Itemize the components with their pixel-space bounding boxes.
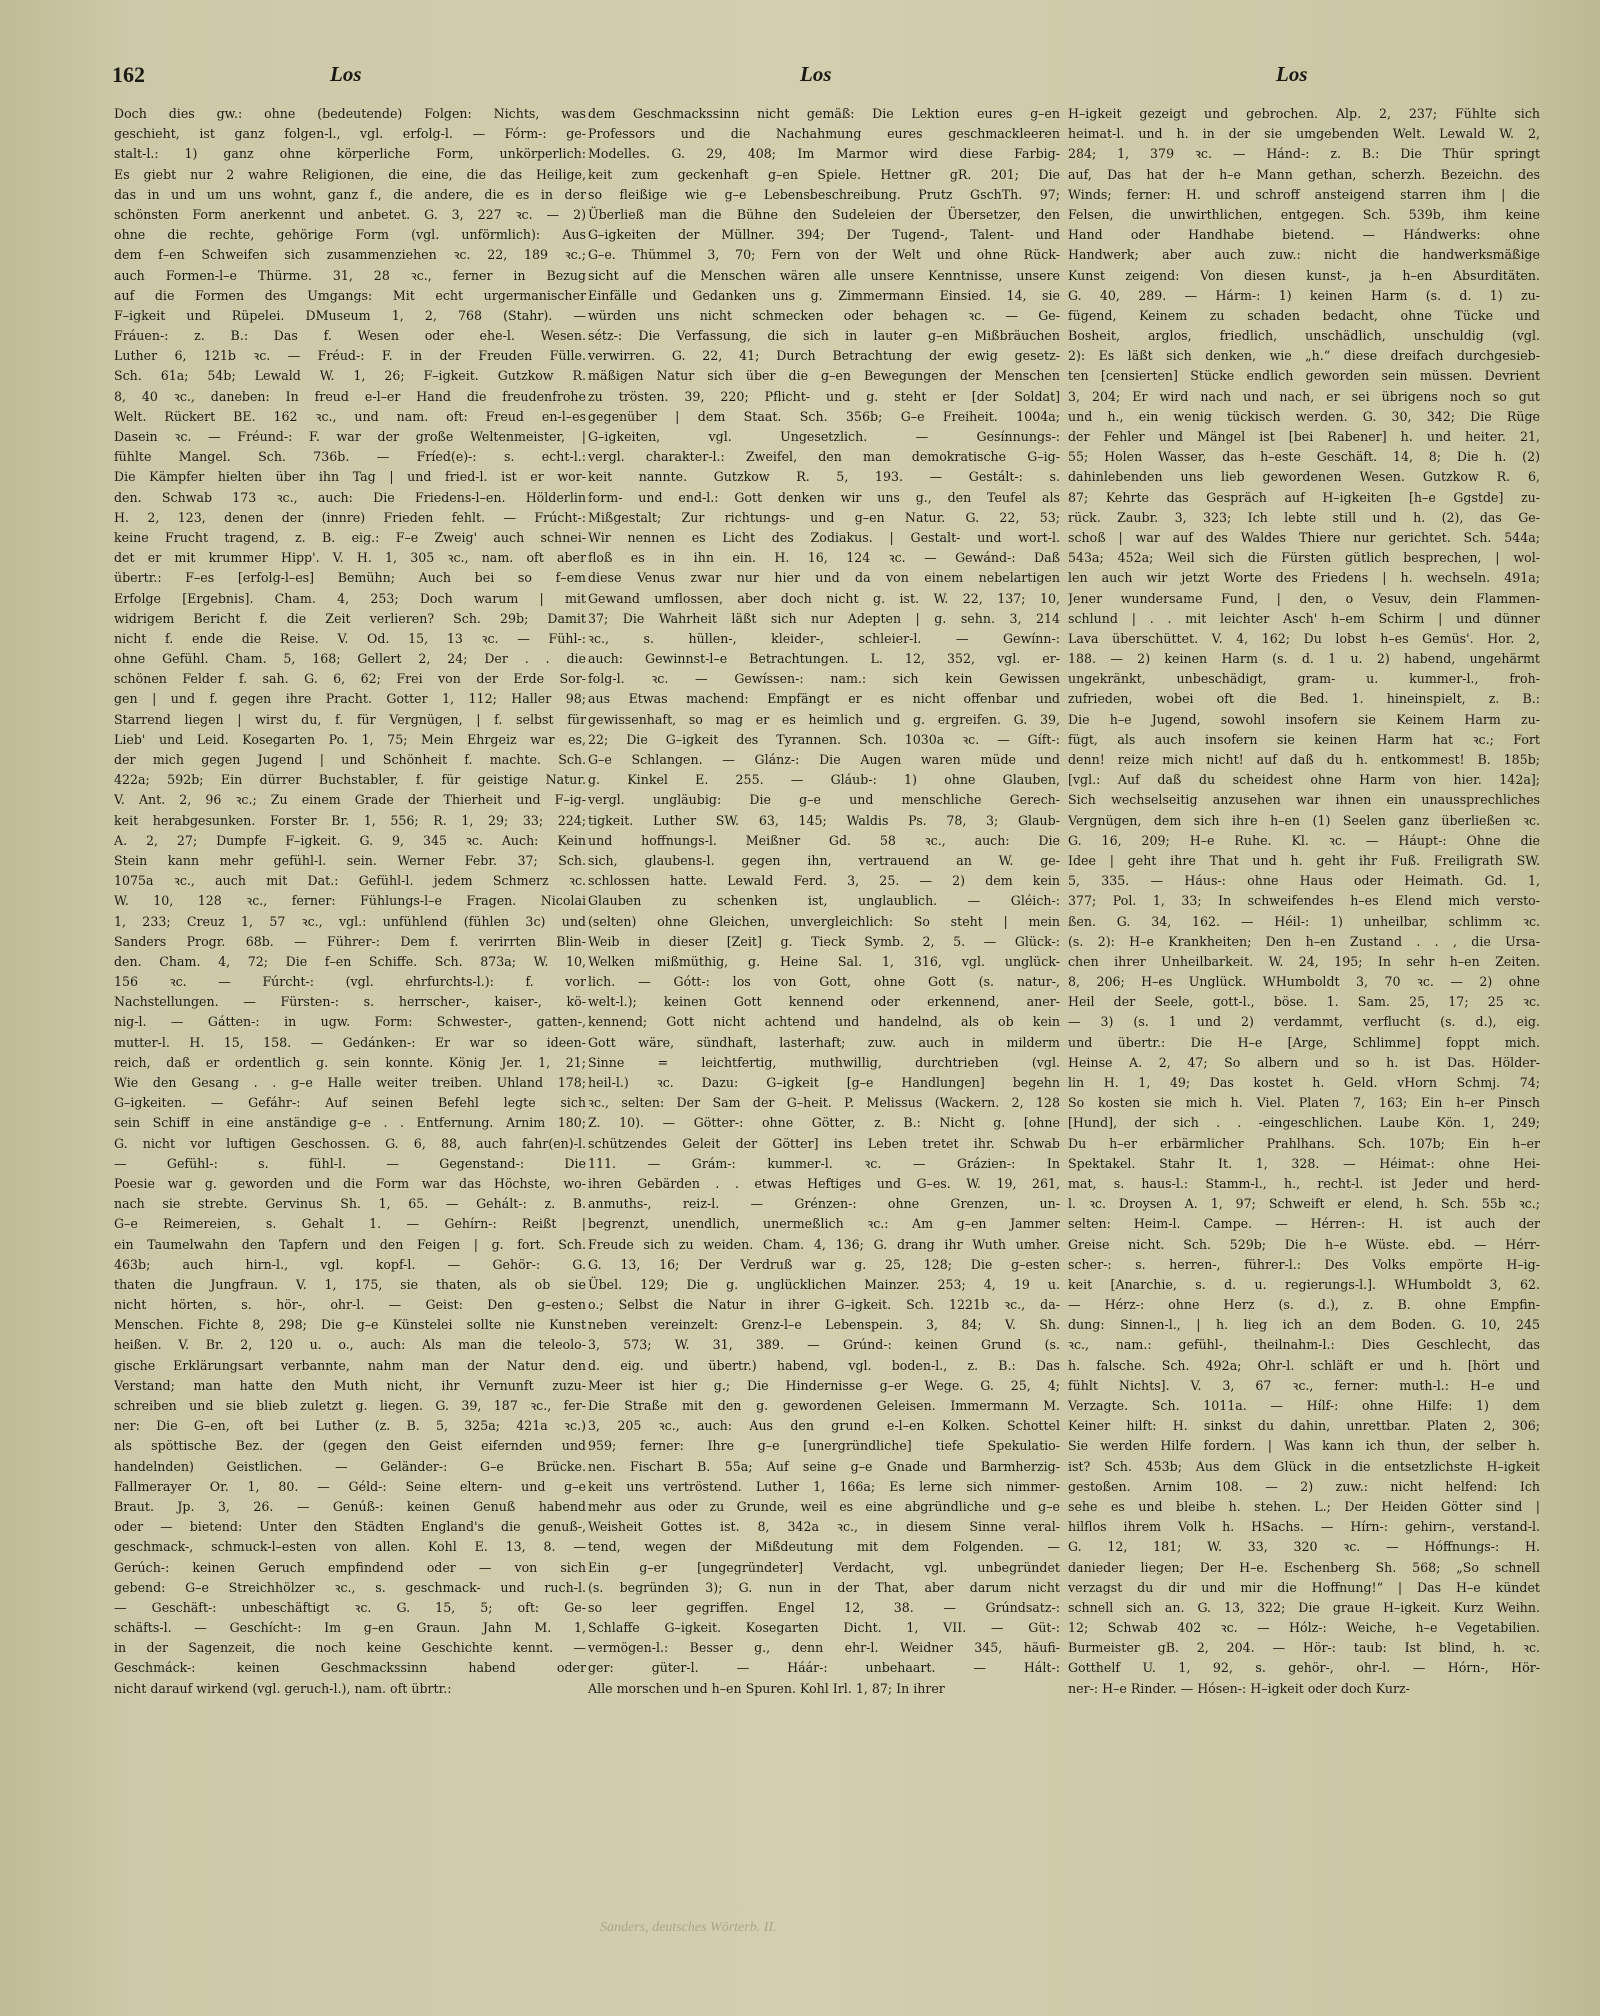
text-line: Überließ man die Bühne den Sudeleien der… xyxy=(588,205,1060,225)
page-number: 162 xyxy=(112,62,145,88)
text-line: anmuths-, reiz-l. — Grénzen-: ohne Grenz… xyxy=(588,1194,1060,1214)
text-line: Welken mißmüthig, g. Heine Sal. 1, 316, … xyxy=(588,952,1060,972)
text-line: 8, 40 ꝛc., daneben: In freud e-l–er Hand… xyxy=(114,387,586,407)
text-line: — Hérz-: ohne Herz (s. d.), z. B. ohne E… xyxy=(1068,1295,1540,1315)
text-line: mutter-l. H. 15, 158. — Gedánken-: Er wa… xyxy=(114,1033,586,1053)
text-line: 55; Holen Wasser, das h–este Geschäft. 1… xyxy=(1068,447,1540,467)
text-line: 1075a ꝛc., auch mit Dat.: Gefühl-l. jede… xyxy=(114,871,586,891)
text-line: [Hund], der sich . . -eingeschlichen. La… xyxy=(1068,1113,1540,1133)
text-line: keit zum geckenhaft g–en Spiele. Hettner… xyxy=(588,165,1060,185)
text-line: vergl. ungläubig: Die g–e und menschlich… xyxy=(588,790,1060,810)
text-line: 959; ferner: Ihre g–e [unergründliche] t… xyxy=(588,1436,1060,1456)
text-line: Welt. Rückert BE. 162 ꝛc., und nam. oft:… xyxy=(114,407,586,427)
text-line: dahinlebenden uns lieb gewordenen Wesen.… xyxy=(1068,467,1540,487)
text-line: keit [Anarchie, s. d. u. regierungs-l.].… xyxy=(1068,1275,1540,1295)
text-line: H. 2, 123, denen der (innre) Frieden feh… xyxy=(114,508,586,528)
text-line: geschmack-, schmuck-l–esten von allen. K… xyxy=(114,1537,586,1557)
text-line: 2): Es läßt sich denken, wie „h.“ diese … xyxy=(1068,346,1540,366)
text-line: diese Venus zwar nur hier und da von ein… xyxy=(588,568,1060,588)
text-line: sicht auf die Menschen wären alle unsere… xyxy=(588,266,1060,286)
text-line: so fleißige wie g–e Lebensbeschreibung. … xyxy=(588,185,1060,205)
text-line: gewissenhaft, so mag er es heimlich und … xyxy=(588,710,1060,730)
text-line: Schlaffe G–igkeit. Kosegarten Dicht. 1, … xyxy=(588,1618,1060,1638)
text-line: ohne Gefühl. Cham. 5, 168; Gellert 2, 24… xyxy=(114,649,586,669)
text-line: Gotthelf U. 1, 92, s. gehör-, ohr-l. — H… xyxy=(1068,1658,1540,1678)
text-line: Glauben zu schenken ist, unglaublich. — … xyxy=(588,891,1060,911)
text-line: Die h–e Jugend, sowohl insofern sie Kein… xyxy=(1068,710,1540,730)
text-line: keit herabgesunken. Forster Br. 1, 556; … xyxy=(114,811,586,831)
text-line: aus Etwas machend: Empfängt er es nicht … xyxy=(588,689,1060,709)
text-line: W. 10, 128 ꝛc., ferner: Fühlungs-l–e Fra… xyxy=(114,891,586,911)
text-line: neben vereinzelt: Grenz-l–e Lebenspein. … xyxy=(588,1315,1060,1335)
text-line: stalt-l.: 1) ganz ohne körperliche Form,… xyxy=(114,144,586,164)
text-line: Du h–er erbärmlicher Prahlhans. Sch. 107… xyxy=(1068,1134,1540,1154)
text-line: ein Taumelwahn den Tapfern und den Feige… xyxy=(114,1235,586,1255)
text-line: chen ihrer Unheilbarkeit. W. 24, 195; In… xyxy=(1068,952,1540,972)
text-line: gen | und f. gegen ihre Pracht. Gotter 1… xyxy=(114,689,586,709)
text-line: Weisheit Gottes ist. 8, 342a ꝛc., in die… xyxy=(588,1517,1060,1537)
text-line: der Fehler und Mängel ist [bei Rabener] … xyxy=(1068,427,1540,447)
text-line: Übel. 129; Die g. unglücklichen Mainzer.… xyxy=(588,1275,1060,1295)
text-line: Poesie war g. geworden und die Form war … xyxy=(114,1174,586,1194)
text-line: der mich gegen Jugend | und Schönheit f.… xyxy=(114,750,586,770)
text-line: Menschen. Fichte 8, 298; Die g–e Künstel… xyxy=(114,1315,586,1335)
text-line: vermögen-l.: Besser g., denn ehr-l. Weid… xyxy=(588,1638,1060,1658)
text-line: Winds; ferner: H. und schroff ansteigend… xyxy=(1068,185,1540,205)
text-line: widrigem Bericht f. die Zeit verlieren? … xyxy=(114,609,586,629)
text-line: mehr aus oder zu Grunde, weil es eine ab… xyxy=(588,1497,1060,1517)
text-line: Modelles. G. 29, 408; Im Marmor wird die… xyxy=(588,144,1060,164)
text-line: 284; 1, 379 ꝛc. — Hánd-: z. B.: Die Thür… xyxy=(1068,144,1540,164)
text-line: ihren Gebärden . . etwas Heftiges und G–… xyxy=(588,1174,1060,1194)
running-head-right: Los xyxy=(1276,62,1308,87)
text-line: Wie den Gesang . . g–e Halle weiter trei… xyxy=(114,1073,586,1093)
text-line: Sinne = leichtfertig, muthwillig, durcht… xyxy=(588,1053,1060,1073)
text-line: gestoßen. Arnim 108. — 2) zuw.: nicht he… xyxy=(1068,1477,1540,1497)
text-line: tigkeit. Luther SW. 63, 145; Waldis Ps. … xyxy=(588,811,1060,831)
text-line: Gott wäre, sündhaft, lasterhaft; zuw. au… xyxy=(588,1033,1060,1053)
text-line: fühlte Mangel. Sch. 736b. — Fríed(e)-: s… xyxy=(114,447,586,467)
text-line: verzagst du dir und mir die Hoffnung!“ |… xyxy=(1068,1578,1540,1598)
text-line: rück. Zaubr. 3, 323; Ich lebte still und… xyxy=(1068,508,1540,528)
text-line: dem Geschmackssinn nicht gemäß: Die Lekt… xyxy=(588,104,1060,124)
text-line: Vergnügen, dem sich ihre h–en (1) Seelen… xyxy=(1068,811,1540,831)
text-line: Heinse A. 2, 47; So albern und so h. ist… xyxy=(1068,1053,1540,1073)
text-line: Sanders Progr. 68b. — Führer-: Dem f. ve… xyxy=(114,932,586,952)
text-line: Sich wechselseitig anzusehen war ihnen e… xyxy=(1068,790,1540,810)
text-line: Spektakel. Stahr It. 1, 328. — Héimat-: … xyxy=(1068,1154,1540,1174)
text-line: det er mit krummer Hipp'. V. H. 1, 305 ꝛ… xyxy=(114,548,586,568)
text-line: Meer ist hier g.; Die Hindernisse g–er W… xyxy=(588,1376,1060,1396)
text-line: auf die Formen des Umgangs: Mit echt urg… xyxy=(114,286,586,306)
text-line: 87; Kehrte das Gespräch auf H–igkeiten [… xyxy=(1068,488,1540,508)
text-line: den. Cham. 4, 72; Die f–en Schiffe. Sch.… xyxy=(114,952,586,972)
text-line: welt-l.); keinen Gott kennend oder erken… xyxy=(588,992,1060,1012)
text-line: [vgl.: Auf daß du scheidest ohne Harm vo… xyxy=(1068,770,1540,790)
text-line: Braut. Jp. 3, 26. — Genúß-: keinen Genuß… xyxy=(114,1497,586,1517)
text-line: keine Frucht tragend, z. B. eig.: F–e Zw… xyxy=(114,528,586,548)
text-line: 3, 205 ꝛc., auch: Aus den grund e-l–en K… xyxy=(588,1416,1060,1436)
text-line: G–igkeiten, vgl. Ungesetzlich. — Gesínnu… xyxy=(588,427,1060,447)
text-line: Mißgestalt; Zur richtungs- und g–en Natu… xyxy=(588,508,1060,528)
text-line: ohne die rechte, gehörige Form (vgl. unf… xyxy=(114,225,586,245)
text-line: Fallmerayer Or. 1, 80. — Géld-: Seine el… xyxy=(114,1477,586,1497)
text-line: danieder liegen; Der H–e. Eschenberg Sh.… xyxy=(1068,1558,1540,1578)
text-line: Hand oder Handhabe bietend. — Hándwerks:… xyxy=(1068,225,1540,245)
text-line: Starrend liegen | wirst du, f. für Vergn… xyxy=(114,710,586,730)
text-line: thaten die Jungfraun. V. 1, 175, sie tha… xyxy=(114,1275,586,1295)
text-line: nig-l. — Gátten-: in ugw. Form: Schweste… xyxy=(114,1012,586,1032)
text-line: verwirren. G. 22, 41; Durch Betrachtung … xyxy=(588,346,1060,366)
text-line: lin H. 1, 49; Das kostet h. Geld. vHorn … xyxy=(1068,1073,1540,1093)
text-line: V. Ant. 2, 96 ꝛc.; Zu einem Grade der Th… xyxy=(114,790,586,810)
text-line: sich, glaubens-l. gegen ihn, vertrauend … xyxy=(588,851,1060,871)
text-line: 22; Die G–igkeit des Tyrannen. Sch. 1030… xyxy=(588,730,1060,750)
text-line: Keiner hilft: H. sinkst du dahin, unrett… xyxy=(1068,1416,1540,1436)
text-line: begrenzt, unendlich, unermeßlich ꝛc.: Am… xyxy=(588,1214,1060,1234)
text-line: Jener wundersame Fund, | den, o Vesuv, d… xyxy=(1068,589,1540,609)
text-line: G–e. Thümmel 3, 70; Fern von der Welt un… xyxy=(588,245,1060,265)
text-line: — Geschäft-: unbeschäftigt ꝛc. G. 15, 5;… xyxy=(114,1598,586,1618)
text-line: Freude sich zu weiden. Cham. 4, 136; G. … xyxy=(588,1235,1060,1255)
text-line: G–e Reimereien, s. Gehalt 1. — Gehírn-: … xyxy=(114,1214,586,1234)
text-line: Greise nicht. Sch. 529b; Die h–e Wüste. … xyxy=(1068,1235,1540,1255)
text-line: sétz-: Die Verfassung, die sich in laute… xyxy=(588,326,1060,346)
text-line: reich, daß er ordentlich g. sein konnte.… xyxy=(114,1053,586,1073)
running-head-center: Los xyxy=(800,62,832,87)
footer-signature: Sanders, deutsches Wörterb. II. xyxy=(600,1920,777,1936)
text-line: schnell sich an. G. 13, 322; Die graue H… xyxy=(1068,1598,1540,1618)
text-line: zu trösten. 39, 220; Pflicht- und g. ste… xyxy=(588,387,1060,407)
text-line: Sie werden Hilfe fordern. | Was kann ich… xyxy=(1068,1436,1540,1456)
text-line: keit nannte. Gutzkow R. 5, 193. — Gestál… xyxy=(588,467,1060,487)
text-line: heißen. V. Br. 2, 120 u. o., auch: Als m… xyxy=(114,1335,586,1355)
text-line: — 3) (s. 1 und 2) verdammt, verflucht (s… xyxy=(1068,1012,1540,1032)
text-line: folg-l. ꝛc. — Gewíssen-: nam.: sich kein… xyxy=(588,669,1060,689)
text-line: nicht f. ende die Reise. V. Od. 15, 13 ꝛ… xyxy=(114,629,586,649)
text-line: G–igkeiten der Müllner. 394; Der Tugend-… xyxy=(588,225,1060,245)
text-line: Nachstellungen. — Fürsten-: s. herrscher… xyxy=(114,992,586,1012)
text-line: Lieb' und Leid. Kosegarten Po. 1, 75; Me… xyxy=(114,730,586,750)
text-line: Doch dies gw.: ohne (bedeutende) Folgen:… xyxy=(114,104,586,124)
text-line: lich. — Gótt-: los von Gott, ohne Gott (… xyxy=(588,972,1060,992)
text-line: Die Straße mit den g. gewordenen Geleise… xyxy=(588,1396,1060,1416)
text-line: G–e Schlangen. — Glánz-: Die Augen waren… xyxy=(588,750,1060,770)
text-line: Sch. 61a; 54b; Lewald W. 1, 26; F–igkeit… xyxy=(114,366,586,386)
text-line: Alle morschen und h–en Spuren. Kohl Irl.… xyxy=(588,1679,1060,1699)
text-line: Luther 6, 121b ꝛc. — Fréud-: F. in der F… xyxy=(114,346,586,366)
text-line: Wir nennen es Licht des Zodiakus. | Gest… xyxy=(588,528,1060,548)
text-line: handelnden) Geistlichen. — Geländer-: G–… xyxy=(114,1457,586,1477)
text-line: 5, 335. — Háus-: ohne Haus oder Heimath.… xyxy=(1068,871,1540,891)
text-line: ungekränkt, unbeschädigt, gram- u. kumme… xyxy=(1068,669,1540,689)
text-line: G. 13, 16; Der Verdruß war g. 25, 128; D… xyxy=(588,1255,1060,1275)
text-line: Verzagte. Sch. 1011a. — Hílf-: ohne Hilf… xyxy=(1068,1396,1540,1416)
text-line: sehe es und bleibe h. stehen. L.; Der He… xyxy=(1068,1497,1540,1517)
text-line: schoß | war auf des Waldes Thiere nur ge… xyxy=(1068,528,1540,548)
text-line: F–igkeit und Rüpelei. DMuseum 1, 2, 768 … xyxy=(114,306,586,326)
text-line: H–igkeit gezeigt und gebrochen. Alp. 2, … xyxy=(1068,104,1540,124)
text-line: Die Kämpfer hielten über ihn Tag | und f… xyxy=(114,467,586,487)
text-line: gische Erklärungsart verbannte, nahm man… xyxy=(114,1356,586,1376)
text-line: fügend, Keinem zu schaden bedacht, ohne … xyxy=(1068,306,1540,326)
text-line: G. nicht vor luftigen Geschossen. G. 6, … xyxy=(114,1134,586,1154)
text-line: Dasein ꝛc. — Fréund-: F. war der große W… xyxy=(114,427,586,447)
text-line: schäfts-l. — Geschícht-: Im g–en Graun. … xyxy=(114,1618,586,1638)
text-line: zufrieden, wobei oft die Bed. 1. hineins… xyxy=(1068,689,1540,709)
text-line: Es giebt nur 2 wahre Religionen, die ein… xyxy=(114,165,586,185)
text-line: ꝛc., nam.: gefühl-, theilnahm-l.: Dies G… xyxy=(1068,1335,1540,1355)
running-head-left: Los xyxy=(330,62,362,87)
text-line: A. 2, 27; Dumpfe F–igkeit. G. 9, 345 ꝛc.… xyxy=(114,831,586,851)
text-line: ten [censierten] Stücke endlich geworden… xyxy=(1068,366,1540,386)
text-line: form- und end-l.: Gott denken wir uns g.… xyxy=(588,488,1060,508)
text-line: 377; Pol. 1, 33; In schweifendes h–es El… xyxy=(1068,891,1540,911)
text-line: g. Kinkel E. 255. — Gláub-: 1) ohne Glau… xyxy=(588,770,1060,790)
text-line: den. Schwab 173 ꝛc., auch: Die Friedens-… xyxy=(114,488,586,508)
text-line: übertr.: F–es [erfolg-l–es] Bemühn; Auch… xyxy=(114,568,586,588)
dictionary-page: 162 Los Los Los Doch dies gw.: ohne (bed… xyxy=(0,0,1600,2016)
text-line: 188. — 2) keinen Harm (s. d. 1 u. 2) hab… xyxy=(1068,649,1540,669)
text-line: 3, 204; Er wird nach und nach, er sei üb… xyxy=(1068,387,1540,407)
text-line: fügt, als auch insofern sie keinen Harm … xyxy=(1068,730,1540,750)
text-line: Heil der Seele, gott-l., böse. 1. Sam. 2… xyxy=(1068,992,1540,1012)
text-line: als spöttische Bez. der (gegen den Geist… xyxy=(114,1436,586,1456)
text-line: 111. — Grám-: kummer-l. ꝛc. — Grázien-: … xyxy=(588,1154,1060,1174)
text-line: Verstand; man hatte den Muth nicht, ihr … xyxy=(114,1376,586,1396)
text-line: hilflos ihrem Volk h. HSachs. — Hírn-: g… xyxy=(1068,1517,1540,1537)
text-line: Idee | geht ihre That und h. geht ihr Fu… xyxy=(1068,851,1540,871)
text-line: selten: Heim-l. Campe. — Hérren-: H. ist… xyxy=(1068,1214,1540,1234)
text-line: 156 ꝛc. — Fúrcht-: (vgl. ehrfurchts-l.):… xyxy=(114,972,586,992)
text-line: Kunst zeigend: Von diesen kunst-, ja h–e… xyxy=(1068,266,1540,286)
text-line: auf, Das hat der h–e Mann gethan, scherz… xyxy=(1068,165,1540,185)
text-line: — Gefühl-: s. fühl-l. — Gegenstand-: Die xyxy=(114,1154,586,1174)
text-line: schönsten Form anerkennt und anbetet. G.… xyxy=(114,205,586,225)
text-line: Stein kann mehr gefühl-l. sein. Werner F… xyxy=(114,851,586,871)
text-line: Fráuen-: z. B.: Das f. Wesen oder ehe-l.… xyxy=(114,326,586,346)
text-line: Bosheit, arglos, friedlich, unschädlich,… xyxy=(1068,326,1540,346)
text-line: len auch wir jetzt Worte des Friedens | … xyxy=(1068,568,1540,588)
text-line: h. falsche. Sch. 492a; Ohr-l. schläft er… xyxy=(1068,1356,1540,1376)
text-line: ꝛc., s. hüllen-, kleider-, schleier-l. —… xyxy=(588,629,1060,649)
text-line: 422a; 592b; Ein dürrer Buchstabler, f. f… xyxy=(114,770,586,790)
text-line: schlund | . . mit leichter Asch' h–em Sc… xyxy=(1068,609,1540,629)
text-line: floß es in ihn ein. H. 16, 124 ꝛc. — Gew… xyxy=(588,548,1060,568)
text-line: und hoffnungs-l. Meißner Gd. 58 ꝛc., auc… xyxy=(588,831,1060,851)
text-line: 543a; 452a; Weil sich die Fürsten gütlic… xyxy=(1068,548,1540,568)
text-line: (selten) ohne Gleichen, unvergleichlich:… xyxy=(588,912,1060,932)
text-line: auch: Gewinnst-l–e Betrachtungen. L. 12,… xyxy=(588,649,1060,669)
text-line: ist? Sch. 453b; Aus dem Glück in die ent… xyxy=(1068,1457,1540,1477)
text-line: mäßigen Natur sich über die g–en Bewegun… xyxy=(588,366,1060,386)
text-line: gegenüber | dem Staat. Sch. 356b; G–e Fr… xyxy=(588,407,1060,427)
text-line: tend, wegen der Mißdeutung mit dem Folge… xyxy=(588,1537,1060,1557)
text-line: ner: Die G–en, oft bei Luther (z. B. 5, … xyxy=(114,1416,586,1436)
text-line: Burmeister gB. 2, 204. — Hör-: taub: Ist… xyxy=(1068,1638,1540,1658)
text-line: sein Schiff in eine anständige g–e . . E… xyxy=(114,1113,586,1133)
text-line: nen. Fischart B. 55a; Auf seine g–e Gnad… xyxy=(588,1457,1060,1477)
text-line: Felsen, die unwirthlichen, entgegen. Sch… xyxy=(1068,205,1540,225)
text-line: o.; Selbst die Natur in ihrer G–igkeit. … xyxy=(588,1295,1060,1315)
text-line: gebend: G–e Streichhölzer ꝛc., s. geschm… xyxy=(114,1578,586,1598)
text-line: ßen. G. 34, 162. — Héil-: 1) unheilbar, … xyxy=(1068,912,1540,932)
text-line: G. 40, 289. — Hárm-: 1) keinen Harm (s. … xyxy=(1068,286,1540,306)
text-line: Weib in dieser [Zeit] g. Tieck Symb. 2, … xyxy=(588,932,1060,952)
text-line: schlossen hatte. Lewald Ferd. 3, 25. — 2… xyxy=(588,871,1060,891)
page-header: 162 Los Los Los xyxy=(0,62,1600,96)
text-line: 8, 206; H–es Unglück. WHumboldt 3, 70 ꝛc… xyxy=(1068,972,1540,992)
text-line: G. 16, 209; H–e Ruhe. Kl. ꝛc. — Háupt-: … xyxy=(1068,831,1540,851)
text-line: (s. begründen 3); G. nun in der That, ab… xyxy=(588,1578,1060,1598)
column-2: dem Geschmackssinn nicht gemäß: Die Lekt… xyxy=(588,104,1060,1699)
text-line: das in und um uns wohnt, ganz f., die an… xyxy=(114,185,586,205)
text-line: 1, 233; Creuz 1, 57 ꝛc., vgl.: unfühlend… xyxy=(114,912,586,932)
text-line: heimat-l. und h. in der sie umgebenden W… xyxy=(1068,124,1540,144)
text-line: G. 12, 181; W. 33, 320 ꝛc. — Hóffnungs-:… xyxy=(1068,1537,1540,1557)
text-line: G–igkeiten. — Gefáhr-: Auf seinen Befehl… xyxy=(114,1093,586,1113)
text-line: Gerúch-: keinen Geruch empfindend oder —… xyxy=(114,1558,586,1578)
text-line: und h., ein wenig tückisch werden. G. 30… xyxy=(1068,407,1540,427)
column-3: H–igkeit gezeigt und gebrochen. Alp. 2, … xyxy=(1068,104,1540,1699)
text-line: würden uns nicht schmecken oder behagen … xyxy=(588,306,1060,326)
text-line: 37; Die Wahrheit läßt sich nur Adepten |… xyxy=(588,609,1060,629)
text-line: kennend; Gott nicht achtend und handelnd… xyxy=(588,1012,1060,1032)
text-line: nicht darauf wirkend (vgl. geruch-l.), n… xyxy=(114,1679,586,1699)
text-line: vergl. charakter-l.: Zweifel, den man de… xyxy=(588,447,1060,467)
text-line: scher-: s. herren-, führer-l.: Des Volks… xyxy=(1068,1255,1540,1275)
text-line: d. eig. und übertr.) habend, vgl. boden-… xyxy=(588,1356,1060,1376)
text-line: schützendes Geleit der Götter] ins Leben… xyxy=(588,1134,1060,1154)
text-line: nicht hörten, s. hör-, ohr-l. — Geist: D… xyxy=(114,1295,586,1315)
text-line: oder — bietend: Unter den Städten Englan… xyxy=(114,1517,586,1537)
text-line: Einfälle und Gedanken uns g. Zimmermann … xyxy=(588,286,1060,306)
text-line: nach sie strebte. Gervinus Sh. 1, 65. — … xyxy=(114,1194,586,1214)
text-line: und übertr.: Die H–e [Arge, Schlimme] fo… xyxy=(1068,1033,1540,1053)
text-line: fühlt Nichts]. V. 3, 67 ꝛc., ferner: mut… xyxy=(1068,1376,1540,1396)
text-line: auch Formen-l–e Thürme. 31, 28 ꝛc., fern… xyxy=(114,266,586,286)
text-line: ꝛc., selten: Der Sam der G–heit. P. Meli… xyxy=(588,1093,1060,1113)
text-line: mat, s. haus-l.: Stamm-l., h., recht-l. … xyxy=(1068,1174,1540,1194)
column-1: Doch dies gw.: ohne (bedeutende) Folgen:… xyxy=(114,104,586,1699)
text-line: 463b; auch hirn-l., vgl. kopf-l. — Gehör… xyxy=(114,1255,586,1275)
text-line: Gewand umflossen, aber doch nicht g. ist… xyxy=(588,589,1060,609)
text-line: heil-l.) ꝛc. Dazu: G–igkeit [g–e Handlun… xyxy=(588,1073,1060,1093)
text-line: Handwerk; aber auch zuw.: nicht die hand… xyxy=(1068,245,1540,265)
text-line: So kosten sie mich h. Viel. Platen 7, 16… xyxy=(1068,1093,1540,1113)
text-line: Erfolge [Ergebnis]. Cham. 4, 253; Doch w… xyxy=(114,589,586,609)
text-line: dung: Sinnen-l., | h. lieg ich an dem Bo… xyxy=(1068,1315,1540,1335)
text-line: so leer gegriffen. Engel 12, 38. — Grúnd… xyxy=(588,1598,1060,1618)
text-line: Z. 10). — Götter-: ohne Götter, z. B.: N… xyxy=(588,1113,1060,1133)
text-line: ner-: H–e Rinder. — Hósen-: H–igkeit ode… xyxy=(1068,1679,1540,1699)
text-line: l. ꝛc. Droysen A. 1, 97; Schweift er ele… xyxy=(1068,1194,1540,1214)
text-line: Lava überschüttet. V. 4, 162; Du lobst h… xyxy=(1068,629,1540,649)
text-line: Professors und die Nachahmung eures gesc… xyxy=(588,124,1060,144)
text-line: dem f–en Schweifen sich zusammenziehen ꝛ… xyxy=(114,245,586,265)
text-line: geschieht, ist ganz folgen-l., vgl. erfo… xyxy=(114,124,586,144)
text-line: ger: güter-l. — Háár-: unbehaart. — Hált… xyxy=(588,1658,1060,1678)
text-line: 12; Schwab 402 ꝛc. — Hólz-: Weiche, h–e … xyxy=(1068,1618,1540,1638)
text-line: (s. 2): H–e Krankheiten; Den h–en Zustan… xyxy=(1068,932,1540,952)
text-line: Ein g–er [ungegründeter] Verdacht, vgl. … xyxy=(588,1558,1060,1578)
text-line: 3, 573; W. 31, 389. — Grúnd-: keinen Gru… xyxy=(588,1335,1060,1355)
text-line: in der Sagenzeit, die noch keine Geschic… xyxy=(114,1638,586,1658)
text-line: schönen Felder f. sah. G. 6, 62; Frei vo… xyxy=(114,669,586,689)
text-line: denn! reize mich nicht! auf daß du h. en… xyxy=(1068,750,1540,770)
text-line: keit uns vertröstend. Luther 1, 166a; Es… xyxy=(588,1477,1060,1497)
text-line: schreiben und sie blieb zuletzt g. liege… xyxy=(114,1396,586,1416)
text-line: Geschmáck-: keinen Geschmackssinn habend… xyxy=(114,1658,586,1678)
